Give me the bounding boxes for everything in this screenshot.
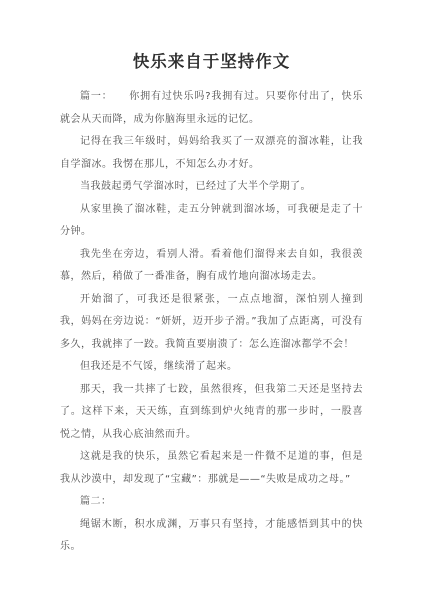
essay-paragraph: 这就是我的快乐，虽然它看起来是一件微不足道的事，但是我从沙漠中，却发现了“宝藏”… xyxy=(60,446,363,491)
essay-paragraph: 从家里换了溜冰鞋，走五分钟就到溜冰场，可我硬是走了十分钟。 xyxy=(60,199,363,244)
essay-paragraph: 我先坐在旁边，看别人滑。看着他们溜得来去自如，我很羡慕，然后，稍做了一番准备，胸… xyxy=(60,244,363,289)
essay-paragraph: 但我还是不气馁，继续滑了起来。 xyxy=(60,356,363,379)
essay-paragraph: 开始溜了，可我还是很紧张，一点点地溜，深怕别人撞到我，妈妈在旁边说：“妍妍，迈开… xyxy=(60,289,363,357)
document-page: 快乐来自于坚持作文 篇一： 你拥有过快乐吗?我拥有过。只要你付出了，快乐就会从天… xyxy=(0,0,423,600)
essay-paragraph: 那天，我一共摔了七跤，虽然很疼，但我第二天还是坚持去了。这样下来，天天练，直到练… xyxy=(60,379,363,447)
essay-paragraph: 篇二： xyxy=(60,491,363,514)
essay-paragraph: 篇一： 你拥有过快乐吗?我拥有过。只要你付出了，快乐就会从天而降，成为你脑海里永… xyxy=(60,86,363,131)
essay-paragraph: 记得在我三年级时，妈妈给我买了一双漂亮的溜冰鞋，让我自学溜冰。我愣在那儿，不知怎… xyxy=(60,131,363,176)
essay-paragraph: 当我鼓起勇气学溜冰时，已经过了大半个学期了。 xyxy=(60,176,363,199)
essay-paragraph: 绳锯木断，积水成渊，万事只有坚持，才能感悟到其中的快乐。 xyxy=(60,514,363,559)
document-title: 快乐来自于坚持作文 xyxy=(60,48,363,72)
document-body: 篇一： 你拥有过快乐吗?我拥有过。只要你付出了，快乐就会从天而降，成为你脑海里永… xyxy=(60,86,363,559)
